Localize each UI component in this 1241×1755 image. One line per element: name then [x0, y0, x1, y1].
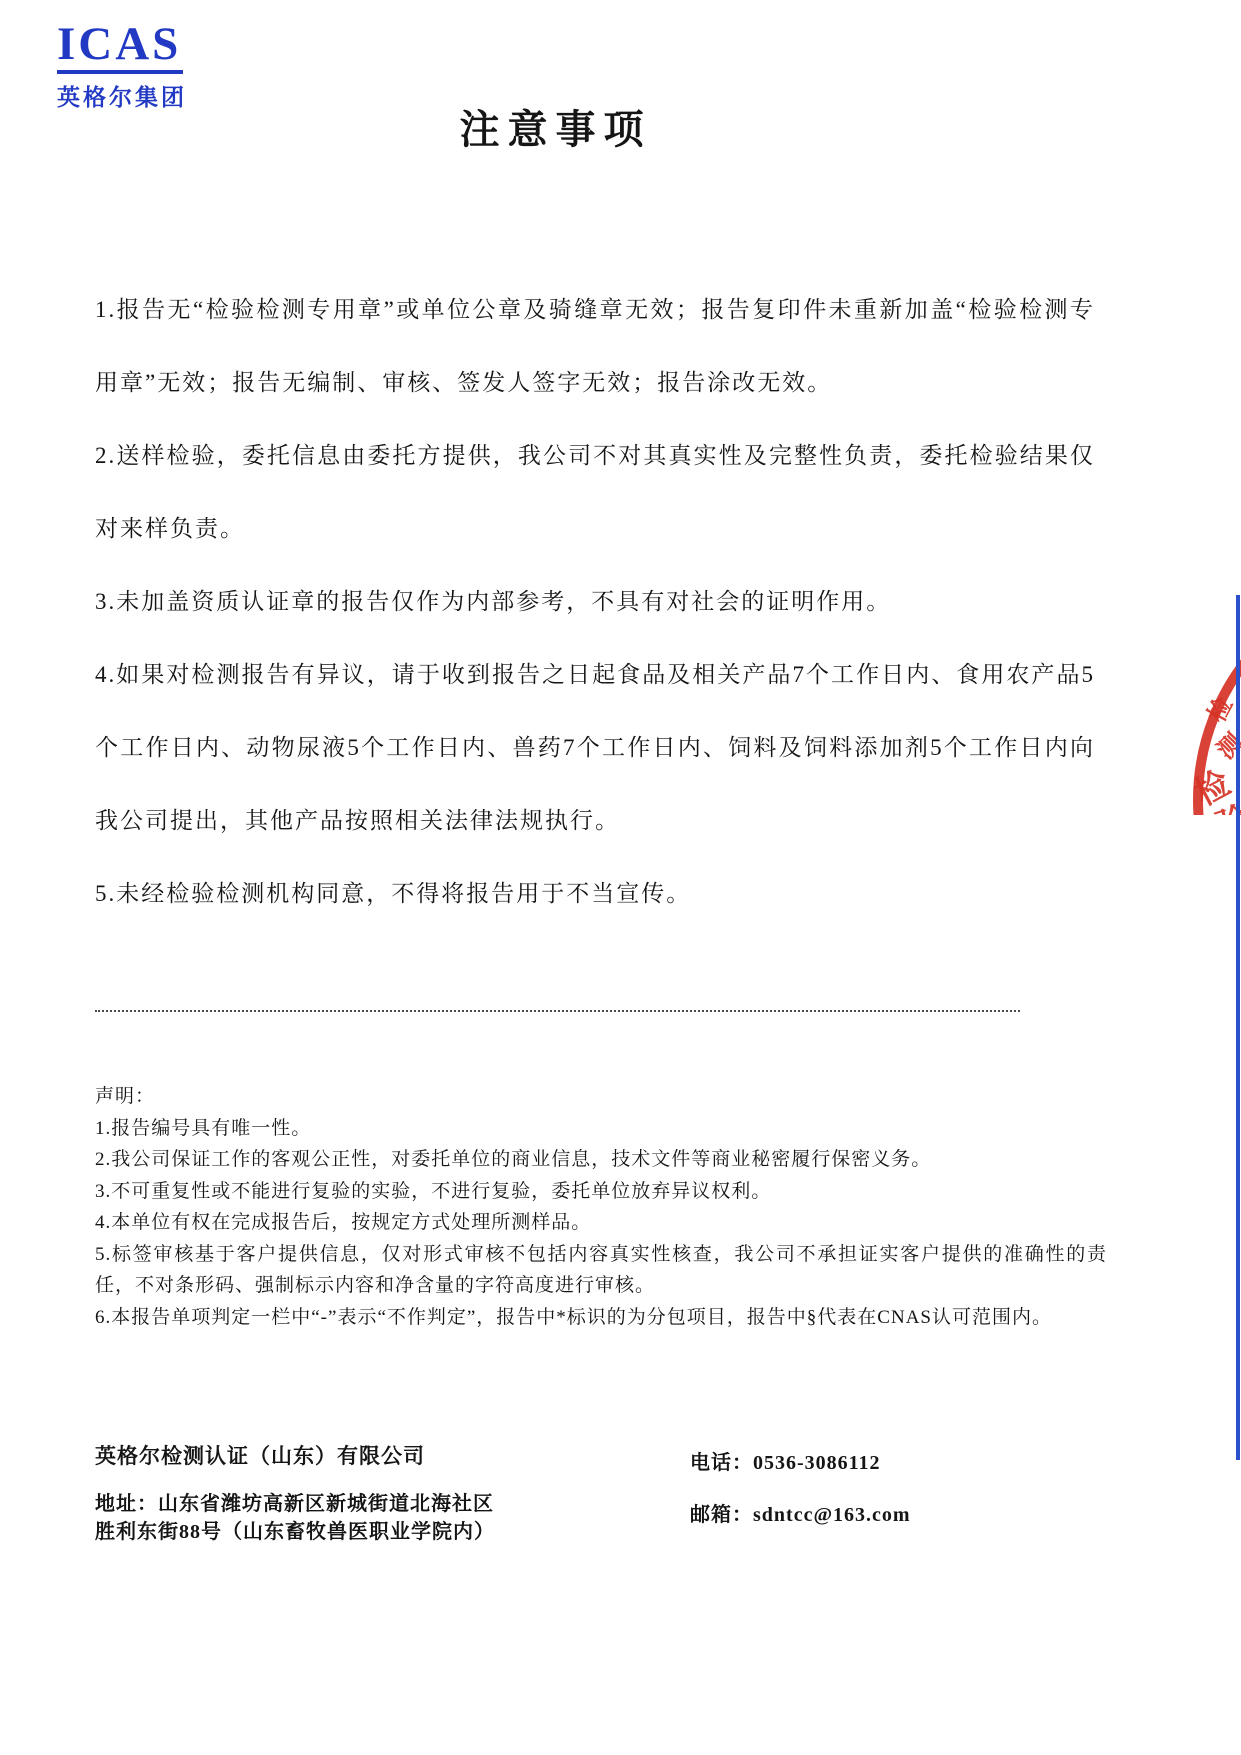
- note-item-2: 2.送样检验，委托信息由委托方提供，我公司不对其真实性及完整性负责，委托检验结果…: [95, 419, 1095, 565]
- note-item-4: 4.如果对检测报告有异议，请于收到报告之日起食品及相关产品7个工作日内、食用农产…: [95, 638, 1095, 857]
- footer-address-line-1: 地址：山东省潍坊高新区新城街道北海社区: [95, 1490, 495, 1518]
- page-title: 注意事项: [0, 98, 1111, 155]
- note-item-5: 5.未经检验检测机构同意，不得将报告用于不当宣传。: [95, 857, 1095, 930]
- footer-company-name: 英格尔检测认证（山东）有限公司: [95, 1440, 425, 1470]
- declaration-item-3: 3.不可重复性或不能进行复验的实验，不进行复验，委托单位放弃异议权利。: [95, 1176, 1107, 1208]
- footer-email: 邮箱：sdntcc@163.com: [690, 1498, 911, 1527]
- declaration-item-2: 2.我公司保证工作的客观公正性，对委托单位的商业信息，技术文件等商业秘密履行保密…: [95, 1144, 1107, 1176]
- note-item-3: 3.未加盖资质认证章的报告仅作为内部参考，不具有对社会的证明作用。: [95, 565, 1095, 638]
- declaration-item-5: 5.标签审核基于客户提供信息，仅对形式审核不包括内容真实性核查，我公司不承担证实…: [95, 1239, 1107, 1302]
- declaration-section: 声明： 1.报告编号具有唯一性。 2.我公司保证工作的客观公正性，对委托单位的商…: [95, 1081, 1107, 1333]
- note-item-1: 1.报告无“检验检测专用章”或单位公章及骑缝章无效；报告复印件未重新加盖“检验检…: [95, 273, 1095, 419]
- footer-phone: 电话：0536-3086112: [690, 1446, 881, 1475]
- declaration-item-6: 6.本报告单项判定一栏中“-”表示“不作判定”，报告中*标识的为分包项目，报告中…: [95, 1302, 1107, 1334]
- declaration-item-1: 1.报告编号具有唯一性。: [95, 1113, 1107, 1145]
- company-seal-stamp: 检 测 检 验: [1189, 645, 1241, 815]
- dotted-divider: [95, 1010, 1020, 1012]
- declaration-heading: 声明：: [95, 1081, 1107, 1113]
- footer-address-line-2: 胜利东街88号（山东畜牧兽医职业学院内）: [95, 1518, 495, 1546]
- footer-address: 地址：山东省潍坊高新区新城街道北海社区 胜利东街88号（山东畜牧兽医职业学院内）: [95, 1490, 495, 1546]
- notes-section: 1.报告无“检验检测专用章”或单位公章及骑缝章无效；报告复印件未重新加盖“检验检…: [95, 273, 1095, 930]
- scan-edge-line: [1236, 595, 1240, 1460]
- document-page: ICAS 英格尔集团 注意事项 1.报告无“检验检测专用章”或单位公章及骑缝章无…: [0, 0, 1241, 1755]
- declaration-item-4: 4.本单位有权在完成报告后，按规定方式处理所测样品。: [95, 1207, 1107, 1239]
- logo-icas-text: ICAS: [57, 20, 183, 74]
